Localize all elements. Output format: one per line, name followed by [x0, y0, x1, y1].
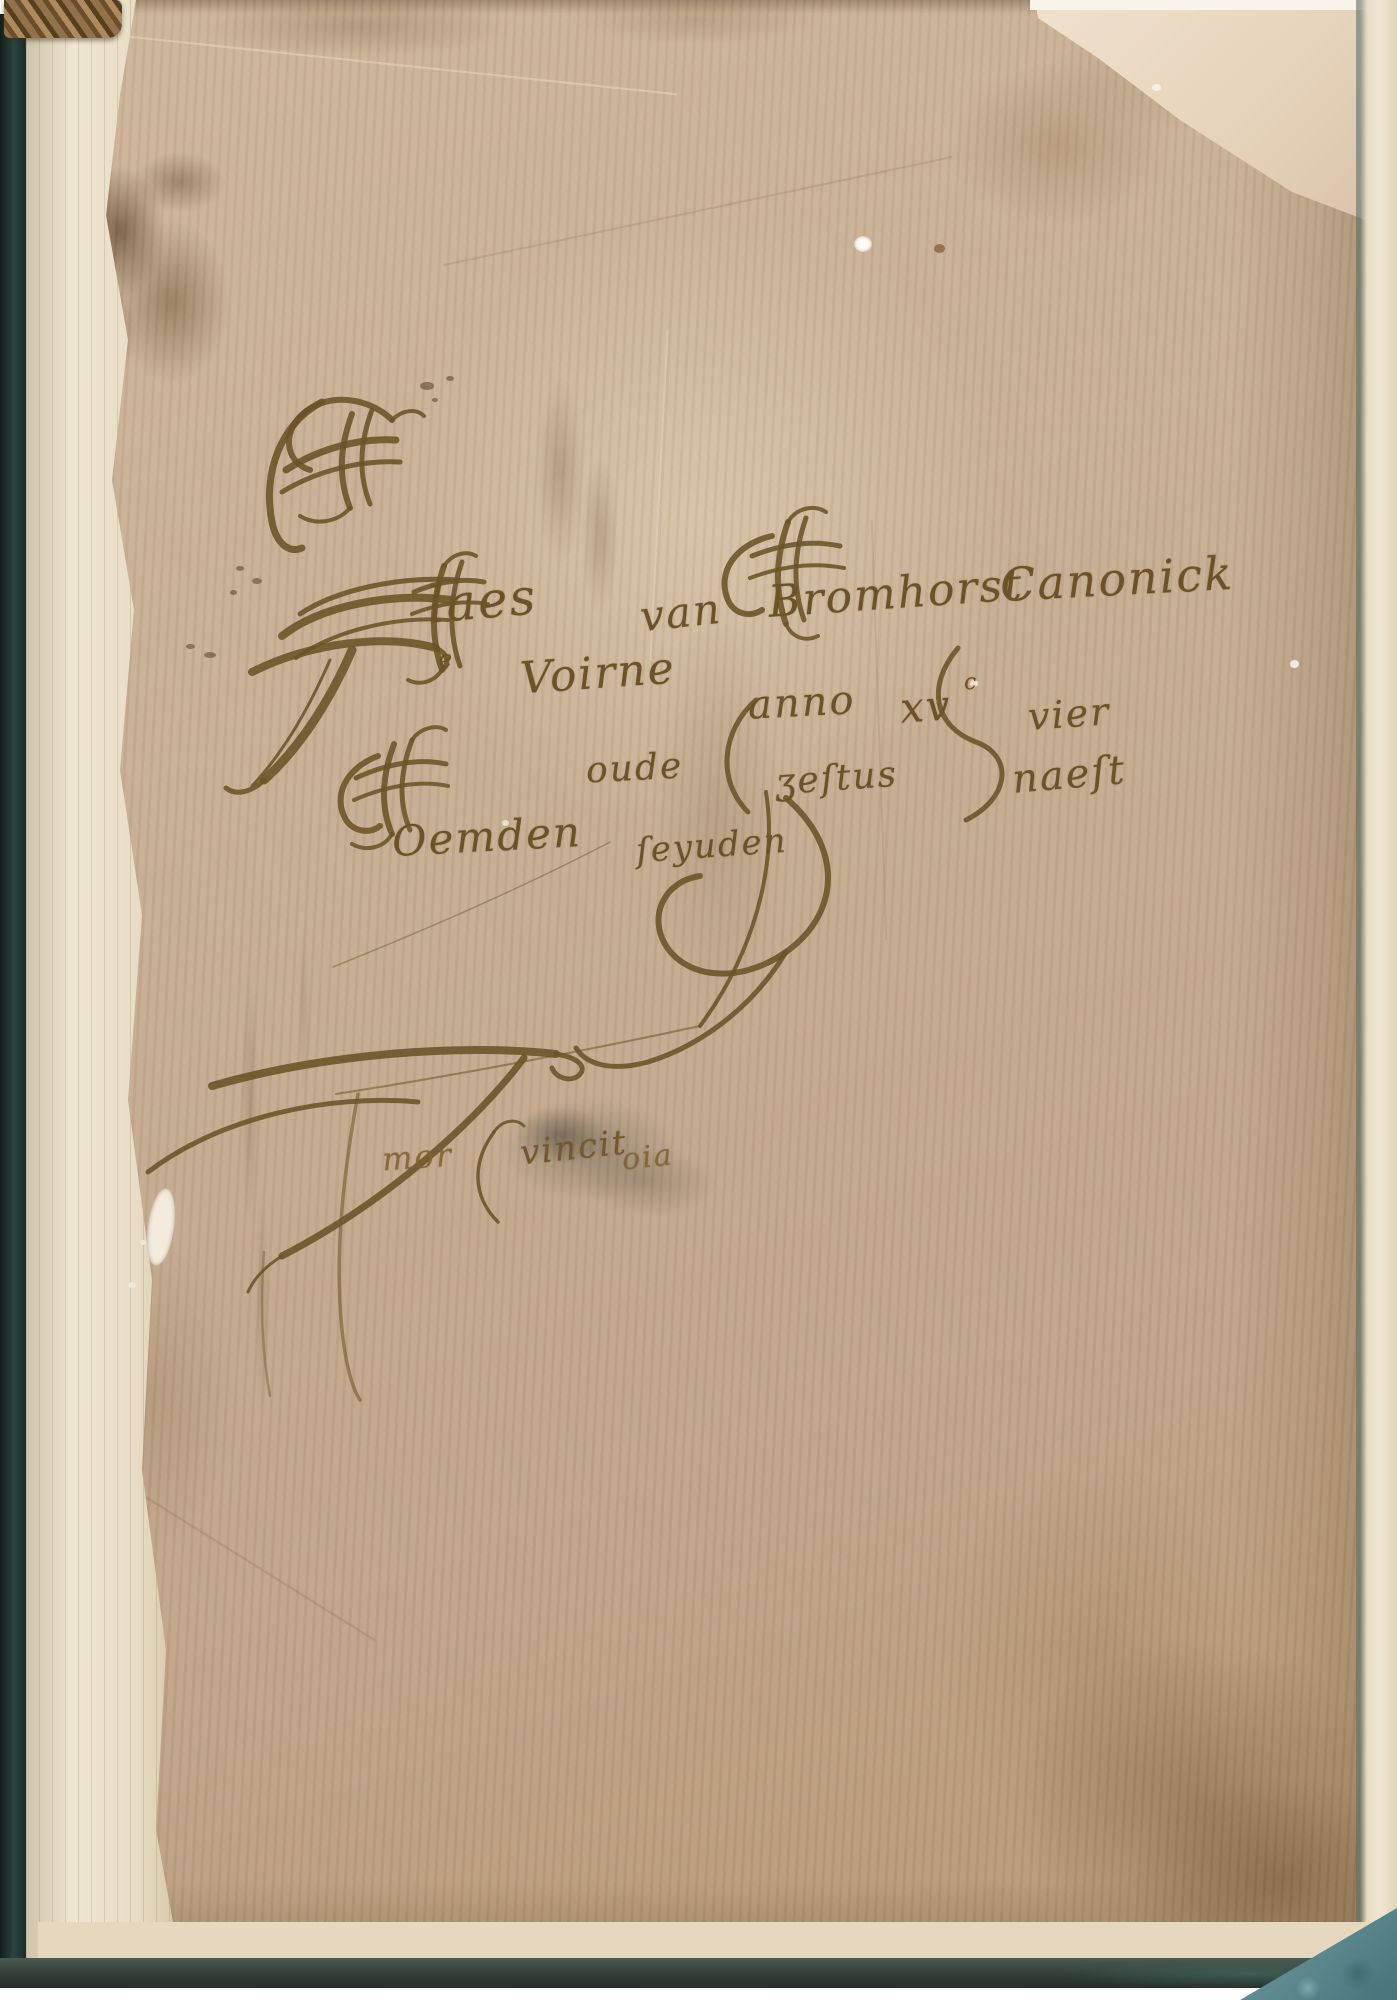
handwritten-word: van: [638, 584, 725, 641]
initial-T-flourish: [226, 641, 447, 792]
endband-braid: [4, 0, 122, 38]
handwritten-word: vier: [1027, 689, 1112, 739]
motto-word: mor: [381, 1136, 454, 1179]
handwritten-word: Voirne: [518, 643, 677, 705]
handwritten-word: ʒeſtus: [774, 754, 900, 803]
scan-background-bottom: [0, 1988, 1397, 2000]
curl-flourish: [478, 1121, 524, 1222]
motto-word: oia: [620, 1137, 675, 1177]
monogram-flourish: [269, 400, 424, 550]
handwritten-word: oude: [585, 745, 684, 791]
manuscript-photo: laes van Bromhorst Canonick e Voirne ann…: [0, 0, 1397, 2000]
calligraphy-flourishes: [0, 0, 1397, 2000]
superscript-letter: e: [437, 644, 456, 673]
handwritten-word: anno: [747, 677, 857, 729]
handwritten-word: Oemden: [391, 807, 583, 866]
superscript-letter: c: [963, 670, 979, 696]
handwritten-word: xv: [898, 680, 953, 732]
initial-A-flourish: [148, 1050, 582, 1400]
handwritten-word: laes: [426, 567, 540, 634]
